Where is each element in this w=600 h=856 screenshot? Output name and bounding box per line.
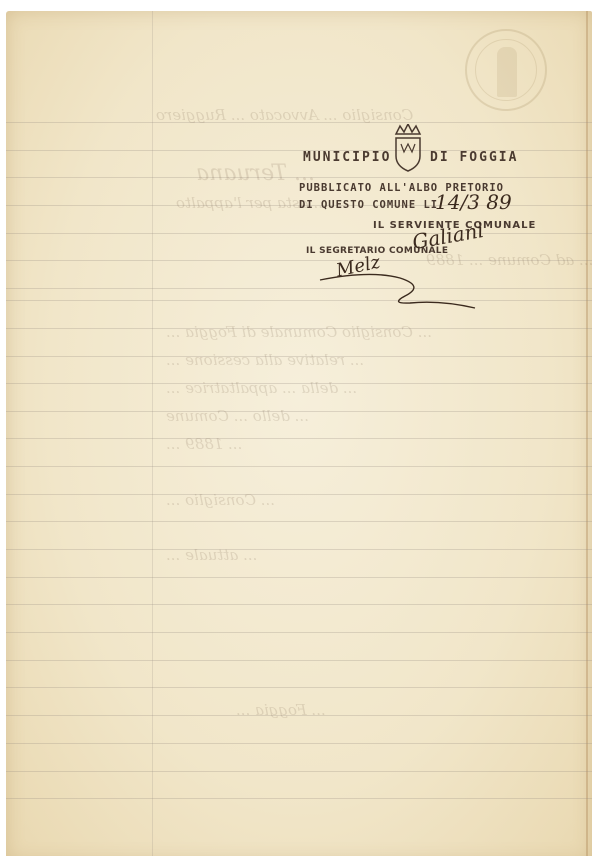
bleed-through-text: ... Consiglio Comunale di Foggia ... bbox=[166, 323, 432, 341]
ruled-line bbox=[6, 466, 592, 467]
document-page: Consiglio ... Avvocato ... Ruggiero ... … bbox=[6, 11, 592, 856]
bleed-through-text: ... ad Comune ... 1889 bbox=[426, 251, 593, 269]
bleed-through-text: ... 1889 ... bbox=[166, 435, 242, 453]
bleed-through-text: ... Teruana bbox=[196, 161, 315, 186]
ruled-line bbox=[6, 771, 592, 772]
stamp-foggia: DI FOGGIA bbox=[430, 150, 518, 165]
ruled-line bbox=[6, 660, 592, 661]
ruled-line bbox=[6, 494, 592, 495]
bleed-through-text: ... della ... appaltatrice ... bbox=[166, 379, 357, 397]
ruled-line bbox=[6, 632, 592, 633]
bleed-through-text: ... relative alla cessione ... bbox=[166, 351, 364, 369]
handwritten-date: 14/3 89 bbox=[435, 190, 512, 214]
crest-icon bbox=[390, 124, 426, 172]
ruled-line bbox=[6, 743, 592, 744]
ruled-line bbox=[6, 233, 592, 234]
bleed-through-text: Consiglio ... Avvocato ... Ruggiero bbox=[156, 106, 413, 124]
ruled-line bbox=[6, 577, 592, 578]
ruled-line bbox=[6, 687, 592, 688]
ruled-line bbox=[6, 288, 592, 289]
ruled-line bbox=[6, 521, 592, 522]
stamp-comune-date: DI QUESTO COMUNE LI bbox=[299, 199, 438, 211]
ruled-line bbox=[6, 300, 592, 301]
bleed-through-text: ... dello ... Comune bbox=[166, 407, 309, 425]
margin-line bbox=[152, 11, 153, 856]
ruled-line bbox=[6, 549, 592, 550]
stamp-municipio: MUNICIPIO bbox=[303, 150, 391, 165]
ruled-line bbox=[6, 604, 592, 605]
embossed-seal-icon bbox=[465, 29, 547, 111]
ruled-line bbox=[6, 438, 592, 439]
page-edge bbox=[586, 11, 588, 856]
bleed-through-text: ... Consiglio ... bbox=[166, 491, 275, 509]
bleed-through-text: ... Foggia ... bbox=[236, 701, 326, 719]
ruled-line bbox=[6, 798, 592, 799]
bleed-through-text: ... attuale ... bbox=[166, 546, 257, 564]
signature-flourish-icon bbox=[310, 270, 480, 310]
